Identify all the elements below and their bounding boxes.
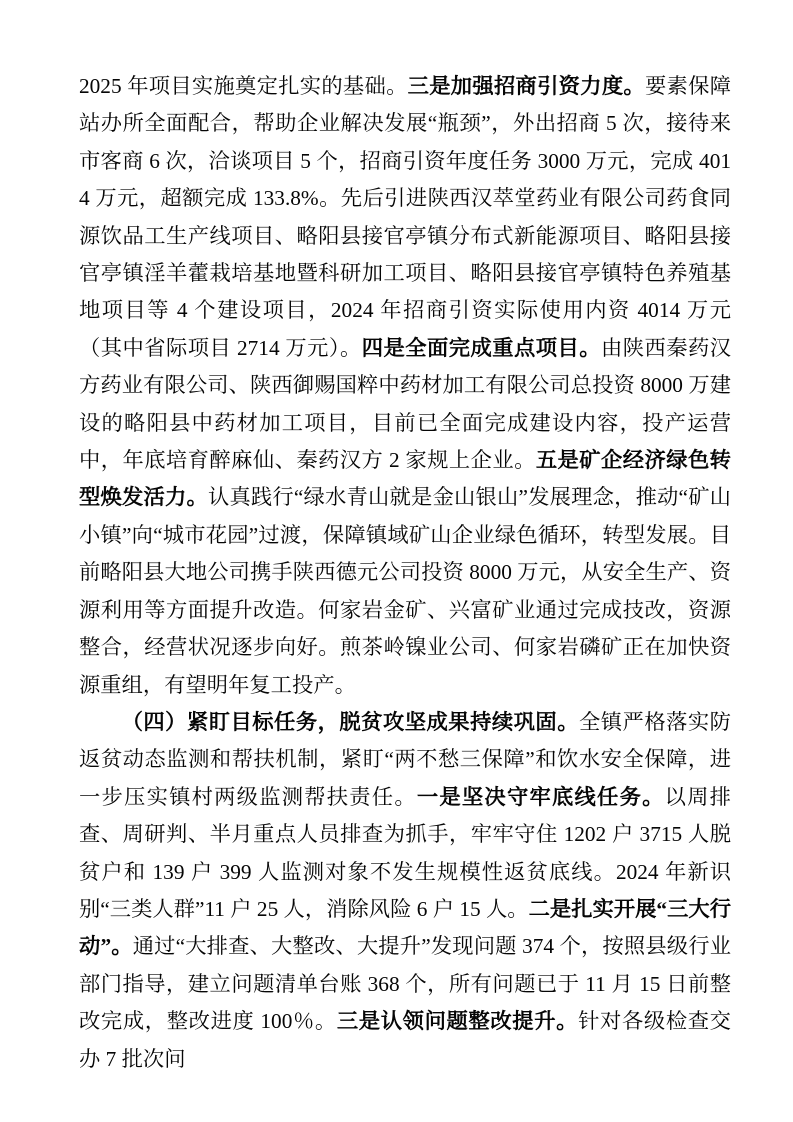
paragraph-section-4-poverty-alleviation: （四）紧盯目标任务，脱贫攻坚成果持续巩固。全镇严格落实防返贫动态监测和帮扶机制，… [79,704,731,1078]
document-body: 2025 年项目实施奠定扎实的基础。三是加强招商引资力度。要素保障站办所全面配合… [79,68,731,1078]
bold-text-run: 三是加强招商引资力度。 [408,74,645,98]
bold-text-run: 三是认领问题整改提升。 [337,1009,578,1033]
bold-text-run: （四）紧盯目标任务，脱贫攻坚成果持续巩固。 [122,710,579,734]
text-run: 要素保障站办所全面配合，帮助企业解决发展“瓶颈”，外出招商 5 次，接待来市客商… [79,74,731,360]
paragraph-investment-and-projects: 2025 年项目实施奠定扎实的基础。三是加强招商引资力度。要素保障站办所全面配合… [79,68,731,704]
text-run: 认真践行“绿水青山就是金山银山”发展理念，推动“矿山小镇”向“城市花园”过渡，保… [79,485,731,696]
bold-text-run: 四是全面完成重点项目。 [362,336,601,360]
document-page: 2025 年项目实施奠定扎实的基础。三是加强招商引资力度。要素保障站办所全面配合… [0,0,793,1122]
bold-text-run: 一是坚决守牢底线任务。 [417,785,665,809]
text-run: 2025 年项目实施奠定扎实的基础。 [79,74,408,98]
